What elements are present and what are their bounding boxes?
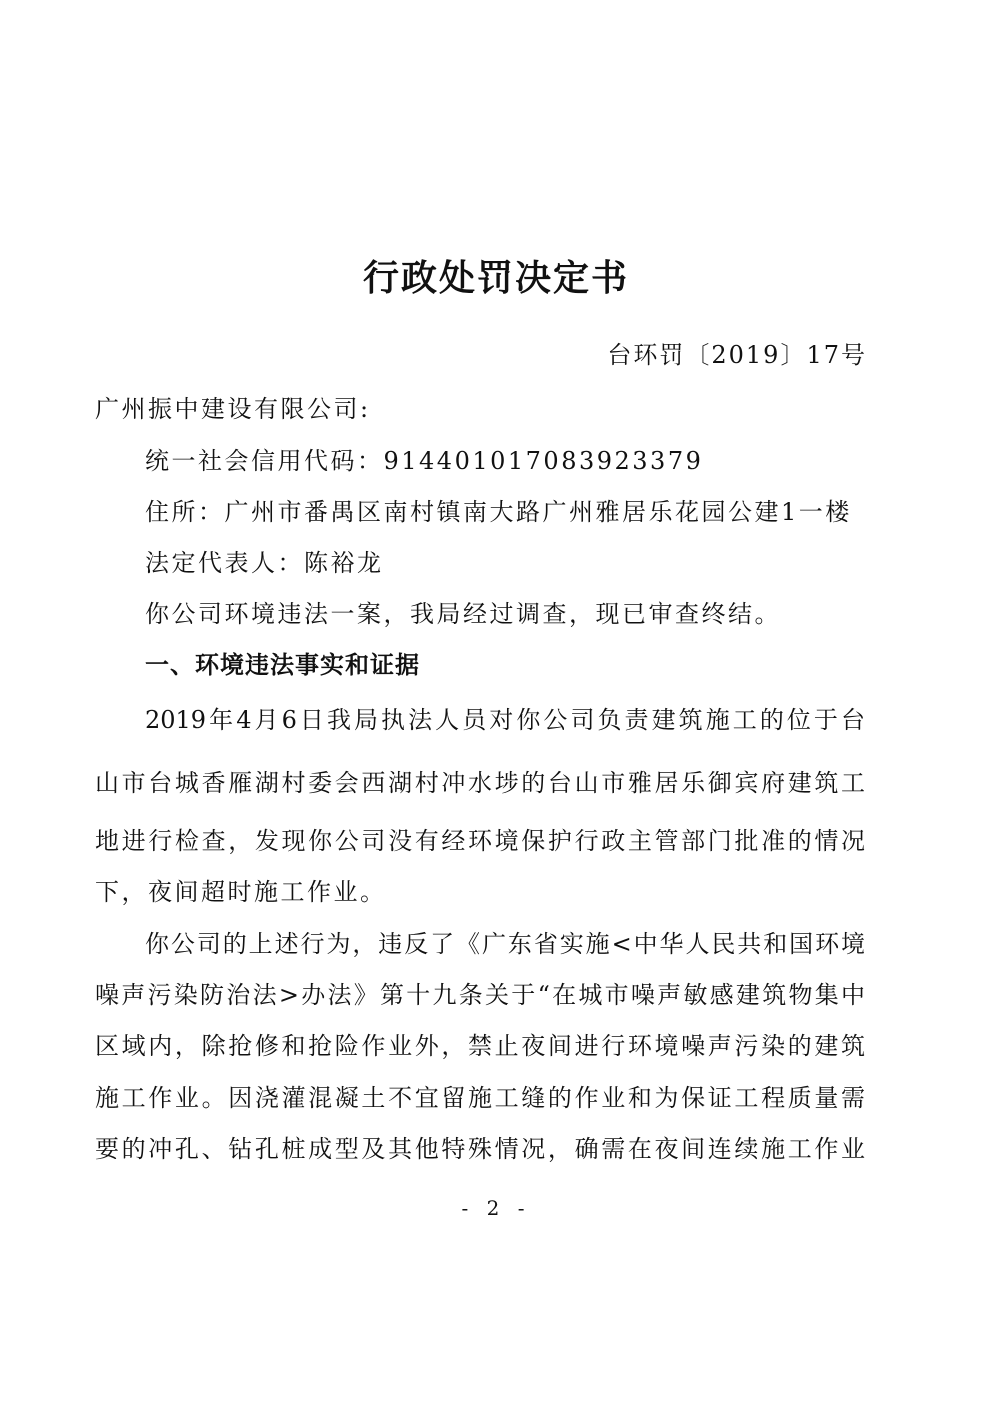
document-title: 行政处罚决定书 [0,256,992,300]
legal-representative-label: 法定代表人： [145,549,304,577]
section-heading-facts: 一、环境违法事实和证据 [145,650,420,680]
violation-paragraph-line-2: 噪声污染防治法>办法》第十九条关于“在城市噪声敏感建筑物集中 [95,980,865,1010]
facts-paragraph-line-4: 下，夜间超时施工作业。 [95,877,387,907]
address-row: 住所：广州市番禺区南村镇南大路广州雅居乐花园公建1一楼 [145,497,852,527]
recipient-name: 广州振中建设有限公司: [95,394,371,424]
address-value: 广州市番禺区南村镇南大路广州雅居乐花园公建1一楼 [225,498,852,526]
credit-code-value: 914401017083923379 [384,447,704,475]
violation-paragraph-line-4: 施工作业。因浇灌混凝土不宜留施工缝的作业和为保证工程质量需 [95,1083,865,1113]
credit-code-row: 统一社会信用代码：914401017083923379 [145,446,703,476]
document-page: 行政处罚决定书 台环罚〔2019〕17号 广州振中建设有限公司: 统一社会信用代… [0,0,992,1403]
violation-paragraph-line-5: 要的冲孔、钻孔桩成型及其他特殊情况，确需在夜间连续施工作业 [95,1134,865,1164]
violation-paragraph-line-1: 你公司的上述行为，违反了《广东省实施<中华人民共和国环境 [145,929,865,959]
facts-paragraph-line-3: 地进行检查，发现你公司没有经环境保护行政主管部门批准的情况 [95,826,865,856]
page-number: - 2 - [0,1196,992,1220]
facts-paragraph-line-2: 山市台城香雁湖村委会西湖村冲水埗的台山市雅居乐御宾府建筑工 [95,768,865,798]
legal-representative-value: 陈裕龙 [304,549,384,577]
address-label: 住所： [145,498,225,526]
violation-paragraph-line-3: 区域内，除抢修和抢险作业外，禁止夜间进行环境噪声污染的建筑 [95,1031,865,1061]
legal-representative-row: 法定代表人：陈裕龙 [145,548,384,578]
document-number: 台环罚〔2019〕17号 [607,340,867,370]
intro-paragraph: 你公司环境违法一案，我局经过调查，现已审查终结。 [145,599,781,629]
credit-code-label: 统一社会信用代码： [145,447,384,475]
facts-paragraph-line-1: 2019年4月6日我局执法人员对你公司负责建筑施工的位于台 [145,705,865,735]
